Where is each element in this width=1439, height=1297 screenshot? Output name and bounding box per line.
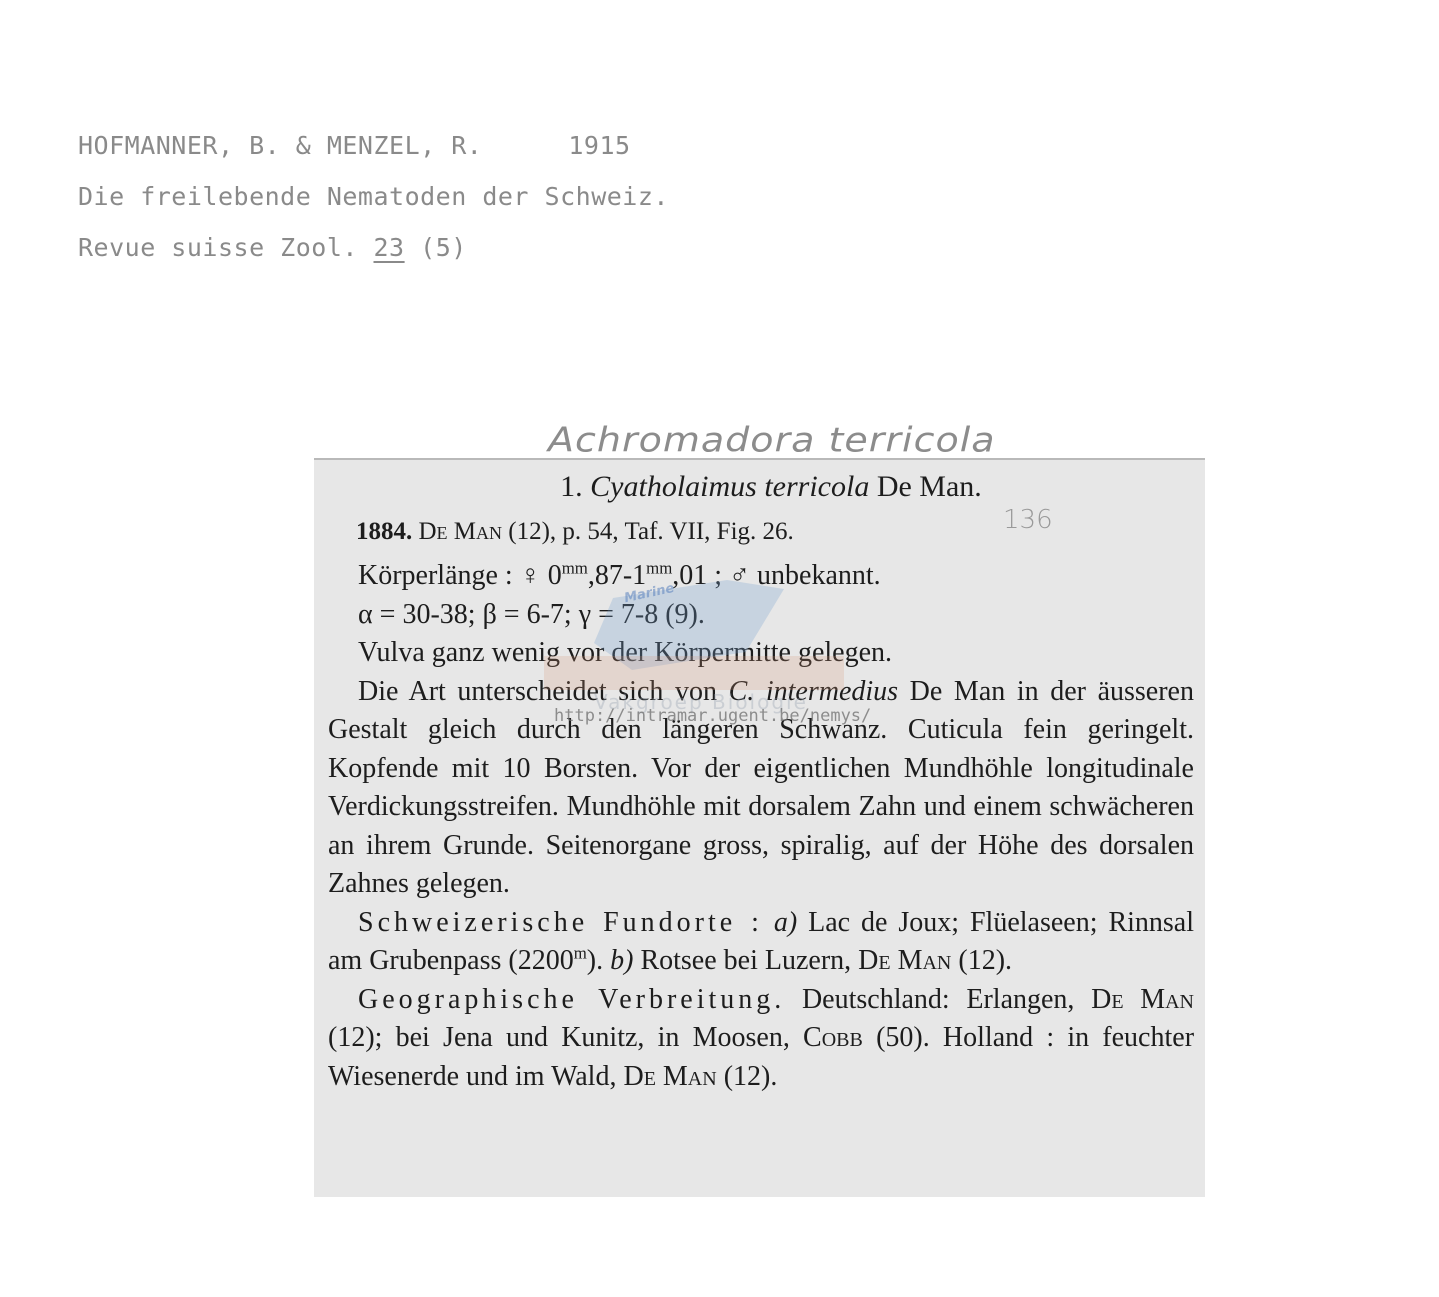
- watermark-url: http://intramar.ugent.be/nemys/: [554, 706, 871, 726]
- locality-a-end: ).: [587, 945, 603, 976]
- handwritten-page-number: 136: [1003, 505, 1053, 535]
- body-length-mid: ,87-1: [588, 560, 646, 591]
- citation-journal: Revue suisse Zool.: [78, 233, 358, 262]
- compared-species: C. intermedius: [729, 676, 898, 707]
- handwritten-species-name: Achromadora terricola: [548, 420, 996, 460]
- unit-m: m: [574, 944, 587, 963]
- heading-number: 1.: [560, 470, 583, 503]
- locality-b: Rotsee bei Luzern,: [633, 945, 858, 976]
- citation-year: 1915: [568, 131, 630, 160]
- printed-clipping: 1. Cyatholaimus terricola De Man. 1884. …: [314, 458, 1205, 1197]
- locality-a-label: a): [774, 907, 797, 938]
- locality-b-author: De Man: [858, 945, 951, 976]
- localities-label: Schweizerische Fundorte :: [358, 907, 763, 938]
- species-heading: 1. Cyatholaimus terricola De Man.: [328, 468, 1194, 507]
- reference-author: De Man: [419, 518, 503, 545]
- geographic-distribution: Geographische Verbreitung. Deutschland: …: [328, 981, 1194, 1097]
- body-length: Körperlänge : ♀ 0mm,87-1mm,01 ; ♂ unbeka…: [328, 557, 1194, 596]
- ratios: α = 30-38; β = 6-7; γ = 7-8 (9).: [328, 596, 1194, 635]
- citation-volume: 23: [374, 233, 405, 262]
- distribution-author: Cobb: [803, 1022, 863, 1053]
- citation-authors-line: HOFMANNER, B. & MENZEL, R.1915: [78, 120, 669, 171]
- unit-mm: mm: [562, 559, 588, 578]
- index-card-citation: HOFMANNER, B. & MENZEL, R.1915 Die freil…: [78, 120, 669, 273]
- reference-details: (12), p. 54, Taf. VII, Fig. 26.: [508, 518, 794, 545]
- body-length-female: ♀ 0: [520, 560, 562, 591]
- body-length-end: ,01 ;: [672, 560, 722, 591]
- distribution-text: (12); bei Jena und Kunitz, in Moosen,: [328, 1022, 803, 1053]
- unit-mm: mm: [646, 559, 672, 578]
- body-length-label: Körperlänge :: [358, 560, 513, 591]
- swiss-localities: Schweizerische Fundorte : a) Lac de Joux…: [328, 904, 1194, 981]
- distribution-text: (12).: [717, 1061, 778, 1092]
- vulva-note: Vulva ganz wenig vor der Körpermitte gel…: [328, 634, 1194, 673]
- reference-year: 1884.: [356, 518, 412, 545]
- body-length-male: ♂ unbekannt.: [729, 560, 881, 591]
- locality-b-end: (12).: [951, 945, 1012, 976]
- citation-journal-line: Revue suisse Zool. 23 (5): [78, 222, 669, 273]
- heading-species: Cyatholaimus terricola: [590, 470, 869, 503]
- distribution-text: Deutschland: Erlangen,: [785, 984, 1091, 1015]
- distribution-label: Geographische Verbreitung.: [358, 984, 785, 1015]
- citation-title: Die freilebende Nematoden der Schweiz.: [78, 171, 669, 222]
- citation-authors: HOFMANNER, B. & MENZEL, R.: [78, 131, 482, 160]
- clipping-text: 1. Cyatholaimus terricola De Man. 1884. …: [328, 468, 1194, 1096]
- citation-issue: (5): [420, 233, 467, 262]
- distribution-author: De Man: [623, 1061, 716, 1092]
- heading-author: De Man.: [877, 470, 982, 503]
- distribution-author: De Man: [1091, 984, 1194, 1015]
- locality-b-label: b): [610, 945, 633, 976]
- literature-reference: 1884. De Man (12), p. 54, Taf. VII, Fig.…: [328, 513, 1194, 552]
- description-start: Die Art unterscheidet sich von: [358, 676, 729, 707]
